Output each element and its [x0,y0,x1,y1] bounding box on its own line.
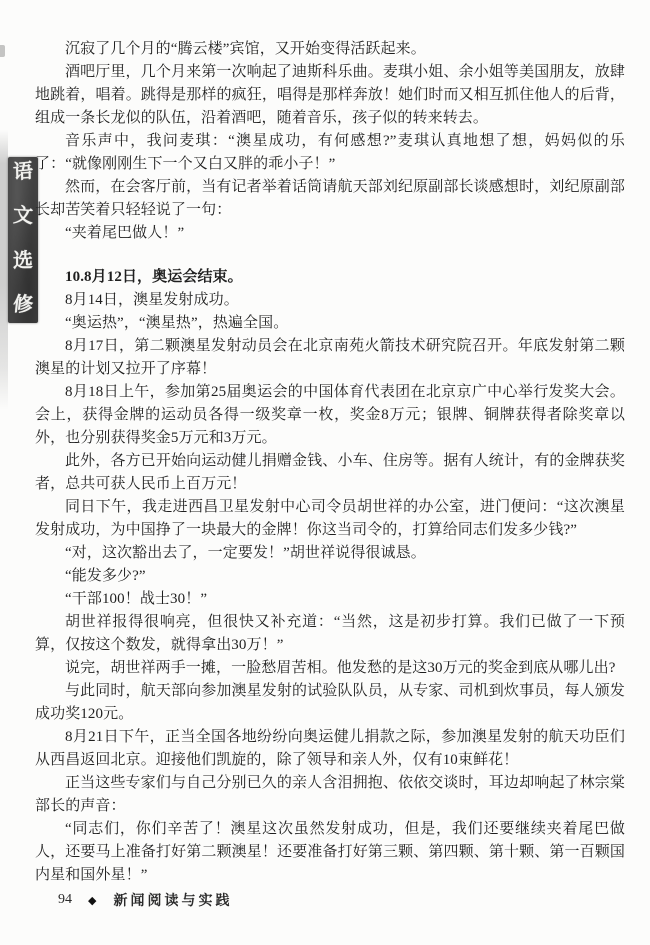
paragraph: 胡世祥报得很响亮，但很快又补充道：“当然，这是初步打算。我们已做了一下预算，仅按… [35,611,625,657]
paragraph: “奥运热”，“澳星热”，热遍全国。 [35,312,625,335]
series-spine-tab: 语 文 选 修 [8,157,38,323]
paragraph: 说完，胡世祥两手一摊，一脸愁眉苦相。他发愁的是这30万元的奖金到底从哪儿出? [35,657,625,680]
page-number: 94 [58,892,72,908]
paragraph: “对，这次豁出去了，一定要发！”胡世祥说得很诚恳。 [35,542,625,565]
paragraph: 8月21日下午，正当全国各地纷纷向奥运健儿捐款之际，参加澳星发射的航天功臣们从西… [35,726,625,772]
paragraph: “夹着尾巴做人！” [35,222,625,245]
paragraph: 然而，在会客厅前，当有记者举着话筒请航天部刘纪原副部长谈感想时，刘纪原副部长却苦… [35,176,625,222]
paragraph: 正当这些专家们与自己分别已久的亲人含泪拥抱、依依交谈时，耳边却响起了林宗棠部长的… [35,772,625,818]
paragraph: 与此同时，航天部向参加澳星发射的试验队队员，从专家、司机到炊事员，每人颁发成功奖… [35,680,625,726]
book-page: 语 文 选 修 沉寂了几个月的“腾云楼”宾馆，又开始变得活跃起来。 酒吧厅里，几… [0,0,650,945]
paragraph: 8月14日，澳星发射成功。 [35,289,625,312]
spine-tab-char: 选 [13,250,33,271]
page-edge-shadow [0,130,8,410]
spine-tab-char: 修 [12,295,34,316]
paragraph: 8月18日上午，参加第25届奥运会的中国体育代表团在北京京广中心举行发奖大会。会… [35,381,625,450]
paragraph: “同志们，你们辛苦了！澳星这次虽然发射成功，但是，我们还要继续夹着尾巴做人，还要… [35,818,625,887]
spine-tab-char: 文 [12,206,33,227]
book-title: 新闻阅读与实践 [113,890,232,910]
page-content: 沉寂了几个月的“腾云楼”宾馆，又开始变得活跃起来。 酒吧厅里，几个月来第一次响起… [35,38,625,887]
page-footer: 94 ◆ 新闻阅读与实践 [58,890,232,910]
paragraph: “干部100！战士30！” [35,588,625,611]
paragraph: 沉寂了几个月的“腾云楼”宾馆，又开始变得活跃起来。 [35,38,625,61]
paragraph: 音乐声中，我问麦琪：“澳星成功，有何感想?”麦琪认真地想了想，妈妈似的乐了：“就… [35,130,625,176]
diamond-icon: ◆ [88,894,96,907]
paragraph: 8月17日，第二颗澳星发射动员会在北京南苑火箭技术研究院召开。年底发射第二颗澳星… [35,335,625,381]
paragraph: 此外，各方已开始向运动健儿捐赠金钱、小车、住房等。据有人统计，有的金牌获奖者，总… [35,450,625,496]
paragraph: “能发多少?” [35,565,625,588]
paragraph: 同日下午，我走进西昌卫星发射中心司令员胡世祥的办公室，进门便问：“这次澳星发射成… [35,496,625,542]
scan-edge-mark [0,45,5,57]
paragraph: 酒吧厅里，几个月来第一次响起了迪斯科乐曲。麦琪小姐、余小姐等美国朋友，放肆地跳着… [35,61,625,130]
section-heading: 10.8月12日，奥运会结束。 [35,266,625,289]
section-gap [35,245,625,266]
spine-tab-char: 语 [13,161,34,183]
